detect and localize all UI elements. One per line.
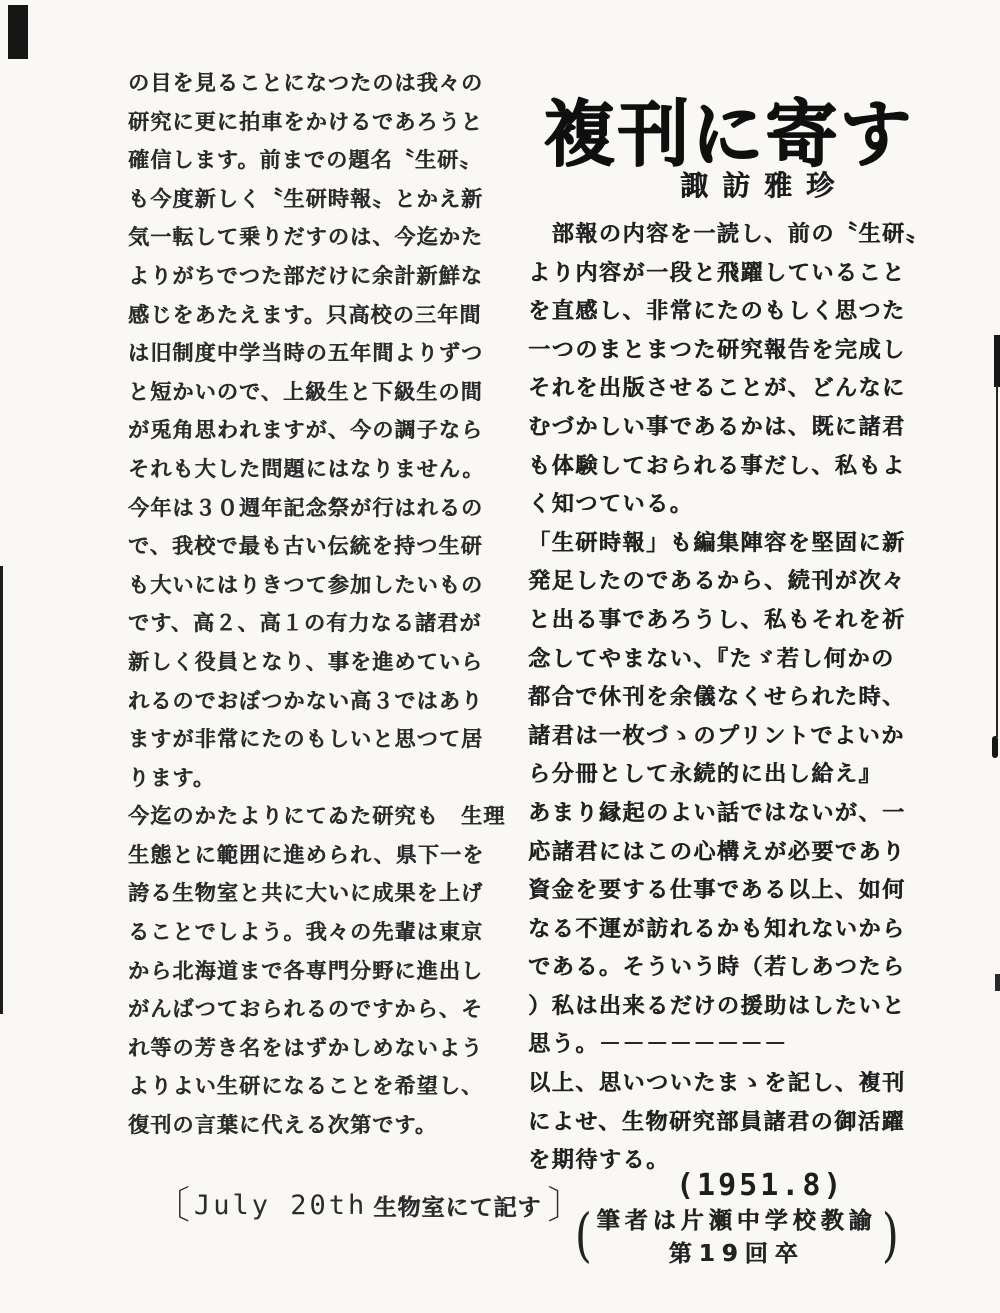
text-line: は旧制度中学当時の五年間よりずつ [128, 334, 528, 373]
text-line: 諸君は一枚づゝのプリントでよいか [528, 718, 964, 757]
author-name: 諏訪雅珍 [680, 164, 848, 204]
text-line: である。そういう時（若しあつたら [528, 949, 964, 988]
text-line: の目を見ることになつたのは我々の [128, 64, 528, 103]
text-line: く知つている。 [528, 486, 964, 525]
author-footnote-line1: 筆者は片瀬中学校教諭 [597, 1202, 877, 1235]
text-line: も大いにはりきつて参加したいもの [128, 566, 528, 605]
open-paren: ( [575, 1209, 592, 1261]
scan-mark-left-edge [0, 566, 3, 1014]
text-line: 以上、思いついたまゝを記し、複刊 [528, 1065, 964, 1104]
text-line: よりよい生研になることを希望し、 [128, 1067, 528, 1106]
text-line: がんばつておられるのですから、そ [128, 990, 528, 1029]
left-column: の目を見ることになつたのは我々の研究に更に拍車をかけるであろうと確信します。前ま… [128, 64, 528, 1145]
text-line: れるのでおぼつかない高３ではあり [128, 682, 528, 721]
footer-place: 生物室にて記す [373, 1189, 547, 1222]
text-line: 「生研時報」も編集陣容を堅固に新 [528, 525, 964, 564]
text-line: 誇る生物室と共に大いに成果を上げ [128, 874, 528, 913]
scan-mark-right-edge-thick [994, 335, 1000, 387]
text-line: ら分冊として永続的に出し給え』 [528, 756, 964, 795]
text-line: 生態とに範囲に進められ、県下一を [128, 836, 528, 875]
text-line: むづかしい事であるかは、既に諸君 [528, 409, 964, 448]
scan-mark-right-edge-line [996, 385, 998, 737]
text-line: です、高２、高１の有力なる諸君が [128, 604, 528, 643]
text-line: 資金を要する仕事である以上、如何 [528, 872, 964, 911]
text-line: 復刊の言葉に代える次第です。 [128, 1106, 528, 1145]
footer-date: July 20th [190, 1190, 373, 1221]
text-line: が兎角思われますが、今の調子なら [128, 411, 528, 450]
text-line: 都合で休刊を余儀なくせられた時、 [528, 679, 964, 718]
right-column: 部報の内容を一読し、前の〝生研〟より内容が一段と飛躍していることを直感し、非常に… [528, 216, 964, 1181]
text-line: 発足したのであるから、続刊が次々 [528, 563, 964, 602]
text-line: 今迄のかたよりにてゐた研究も 生理 [128, 797, 528, 836]
author-footnote: ( 筆者は片瀬中学校教諭 第19回卒 ) [572, 1202, 901, 1268]
text-line: も体験しておられる事だし、私もよ [528, 448, 964, 487]
close-paren: ) [881, 1209, 898, 1261]
text-line: 思う。－－－－－－－－ [528, 1026, 964, 1065]
text-line: と出る事であろうし、私もそれを祈 [528, 602, 964, 641]
text-line: 感じをあたえます。只高校の三年間 [128, 296, 528, 335]
text-line: それを出版させることが、どんなに [528, 370, 964, 409]
text-line: を直感し、非常にたのもしく思つた [528, 293, 964, 332]
text-line: ますが非常にたのもしいと思つて居 [128, 720, 528, 759]
text-line: 念してやまない、『たゞ若し何かの [528, 641, 964, 680]
text-line: 新しく役員となり、事を進めていら [128, 643, 528, 682]
text-line: 今年は３０週年記念祭が行はれるの [128, 489, 528, 528]
text-line: それも大した問題にはなりません。 [128, 450, 528, 489]
text-line: あまり縁起のよい話ではないが、一 [528, 795, 964, 834]
text-line: 部報の内容を一読し、前の〝生研〟 [528, 216, 964, 255]
text-line: ）私は出来るだけの援助はしたいと [528, 988, 964, 1027]
text-line: ることでしよう。我々の先輩は東京 [128, 913, 528, 952]
text-line: と短かいので、上級生と下級生の間 [128, 373, 528, 412]
text-line: 確信します。前までの題名〝生研〟 [128, 141, 528, 180]
author-footnote-line2: 第19回卒 [597, 1235, 877, 1268]
text-line: 研究に更に拍車をかけるであろうと [128, 103, 528, 142]
scanned-document-page: の目を見ることになつたのは我々の研究に更に拍車をかけるであろうと確信します。前ま… [0, 0, 1000, 1313]
text-line: 一つのまとまつた研究報告を完成し [528, 332, 964, 371]
text-line: から北海道まで各専門分野に進出し [128, 952, 528, 991]
text-line: ります。 [128, 759, 528, 798]
scan-mark-top-left [8, 5, 28, 59]
scan-mark-right-edge-dot [995, 974, 1000, 991]
text-line: も今度新しく〝生研時報〟とかえ新 [128, 180, 528, 219]
author-footnote-text: 筆者は片瀬中学校教諭 第19回卒 [595, 1202, 879, 1268]
text-line: れ等の芳き名をはずかしめないよう [128, 1029, 528, 1068]
text-line: 応諸君にはこの心構えが必要であり [528, 834, 964, 873]
open-bracket: 〔 [152, 1186, 190, 1224]
text-line: より内容が一段と飛躍していること [528, 255, 964, 294]
text-line: よりがちでつた部だけに余計新鮮な [128, 257, 528, 296]
text-line: 気一転して乗りだすのは、今迄かた [128, 218, 528, 257]
left-footer-note: 〔 July 20th 生物室にて記す 〕 [152, 1186, 585, 1224]
text-line: なる不運が訪れるかも知れないから [528, 911, 964, 950]
date-line: (1951.8) [676, 1168, 845, 1203]
scan-mark-right-edge-blob [992, 736, 998, 758]
text-line: によせ、生物研究部員諸君の御活躍 [528, 1104, 964, 1143]
text-line: で、我校で最も古い伝統を持つ生研 [128, 527, 528, 566]
